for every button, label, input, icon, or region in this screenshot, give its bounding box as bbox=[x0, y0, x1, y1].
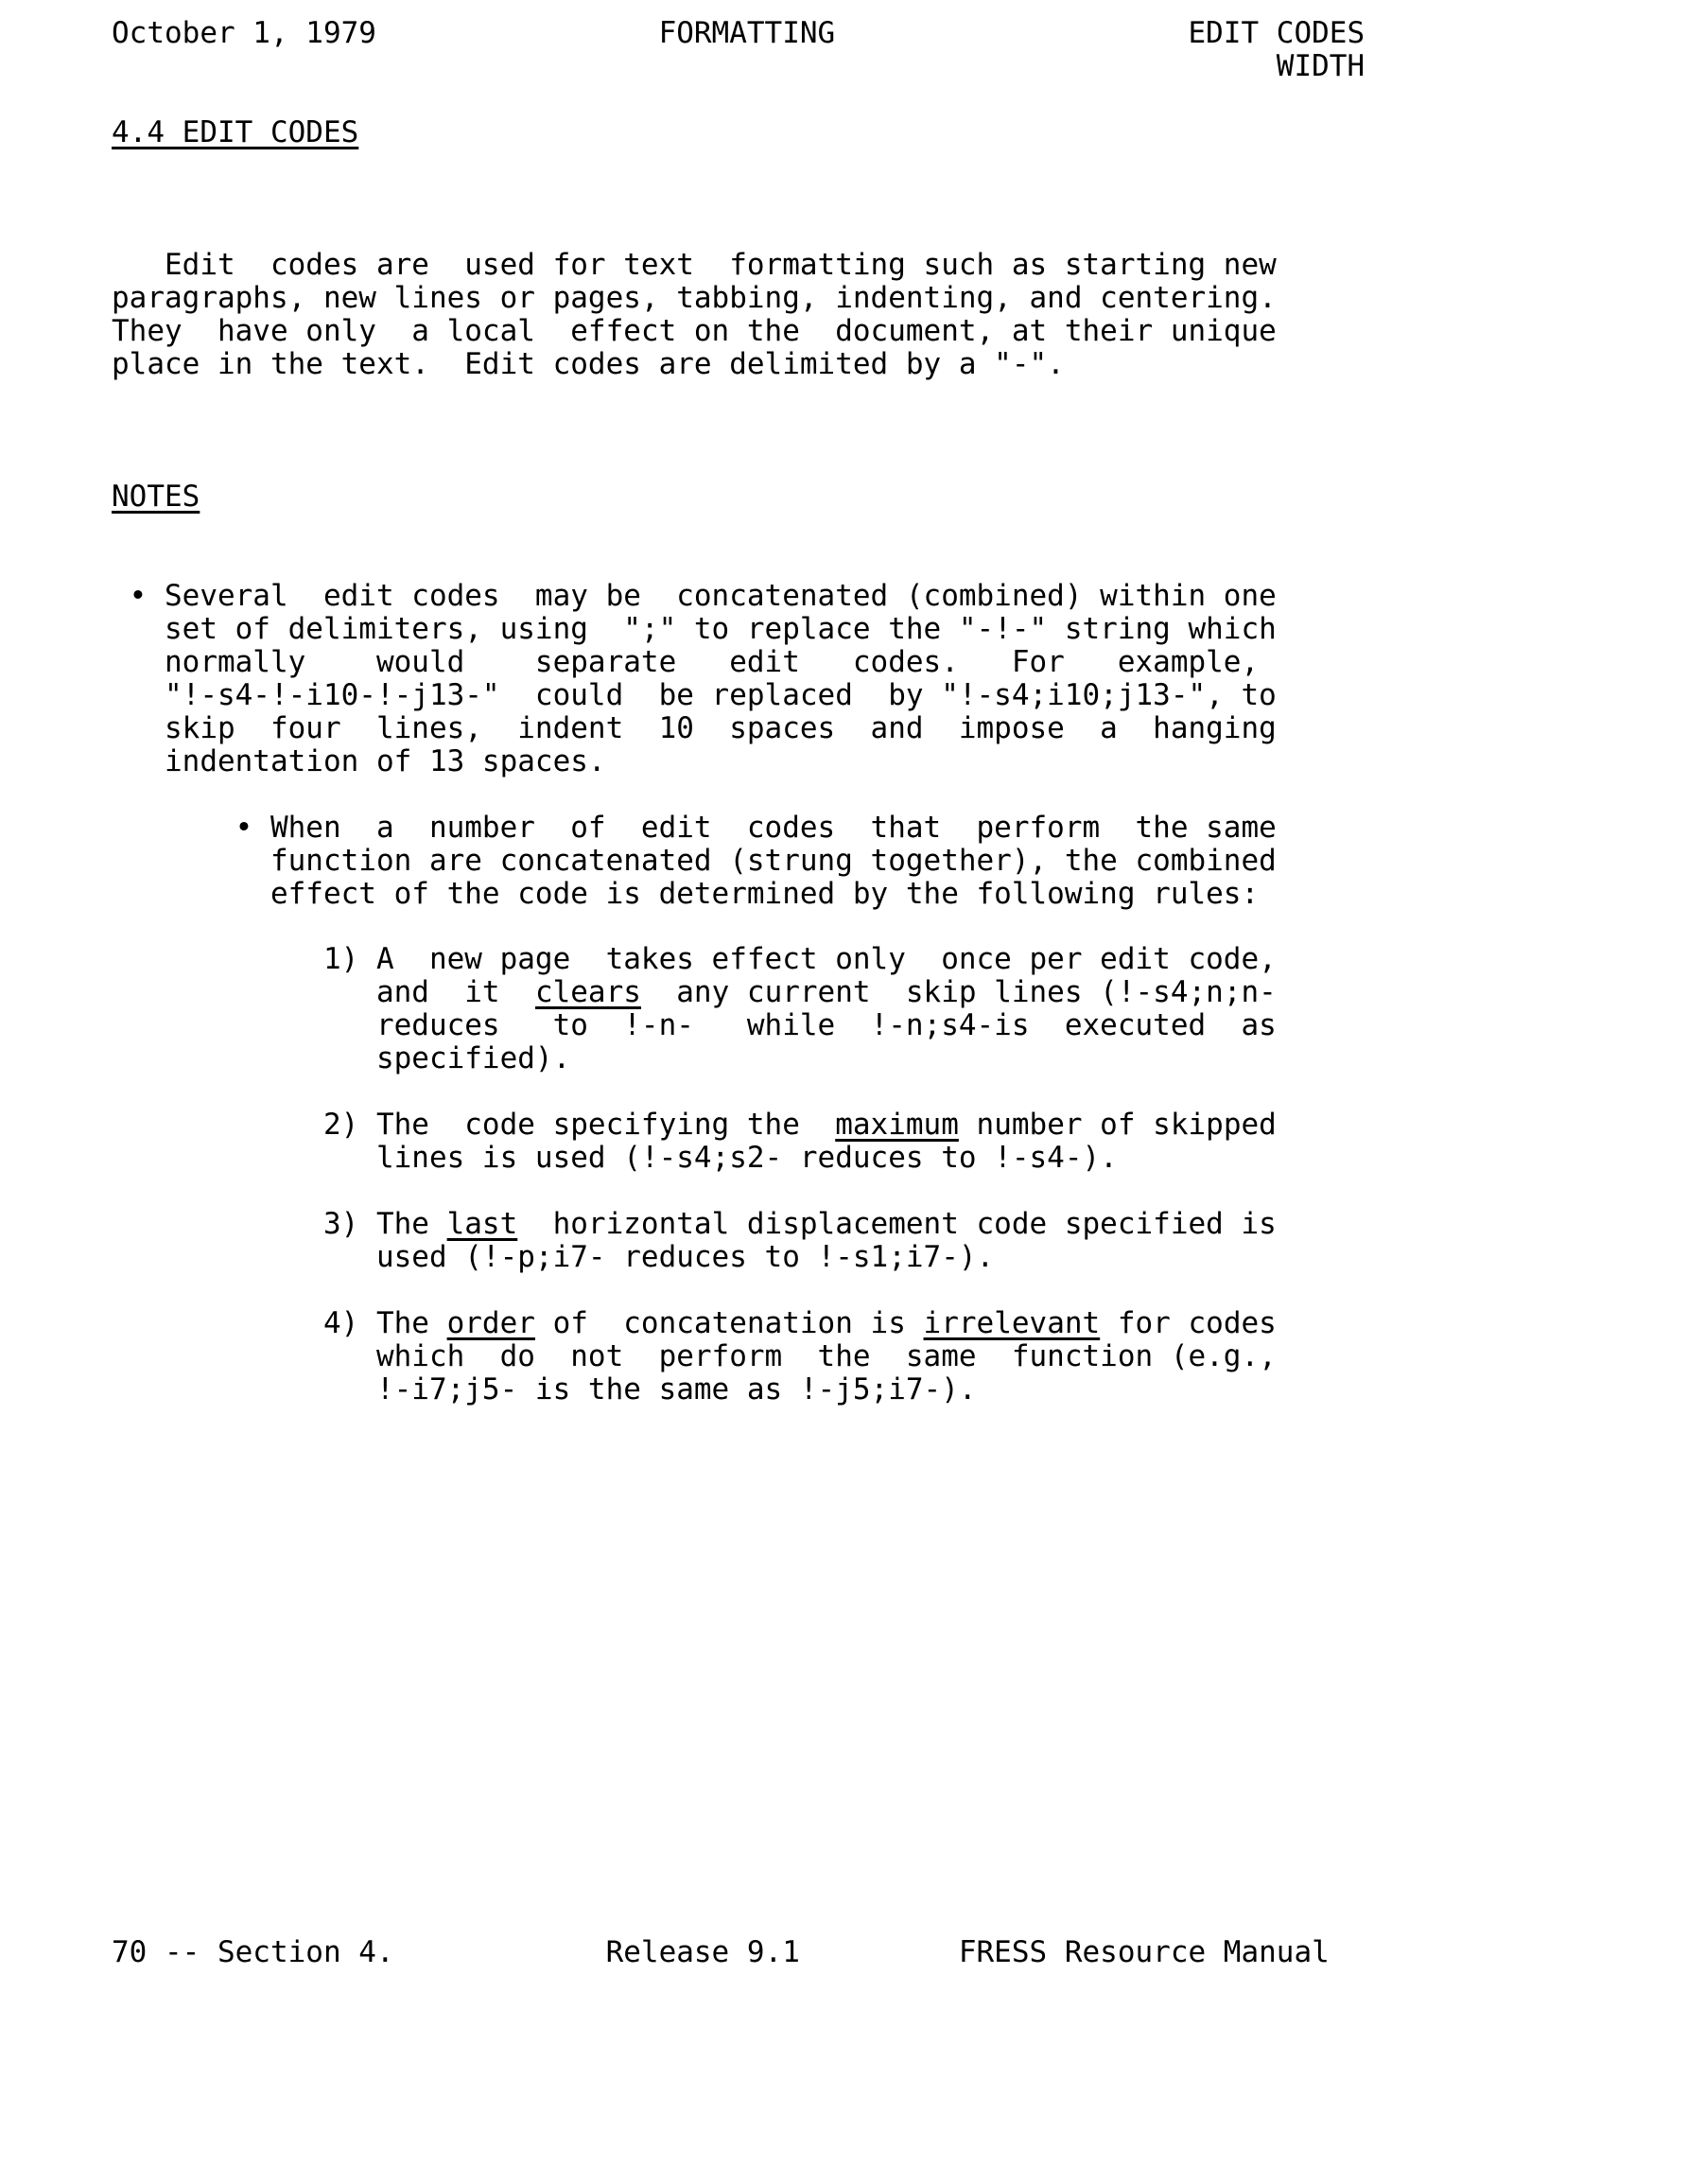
rule4-line-3: !-i7;j5- is the same as !-j5;i7-). bbox=[112, 1373, 977, 1406]
rule4-line-1: 4) The order of concatenation is irrelev… bbox=[112, 1307, 1277, 1340]
note-bullet1-line-4: "!-s4-!-i10-!-j13-" could be replaced by… bbox=[112, 679, 1277, 712]
underlined-word: maximum bbox=[835, 1108, 959, 1142]
underlined-word: order bbox=[447, 1306, 535, 1340]
note-bullet2-line-3: effect of the code is determined by the … bbox=[112, 878, 1259, 911]
page-footer: 70 -- Section 4. Release 9.1 FRESS Resou… bbox=[112, 1936, 1330, 1969]
page-header-line-2: WIDTH bbox=[112, 50, 1365, 83]
rule2-line-1: 2) The code specifying the maximum numbe… bbox=[112, 1109, 1277, 1142]
rule4-line-1-pre: 4) The bbox=[112, 1306, 447, 1340]
note-bullet1-line-5: skip four lines, indent 10 spaces and im… bbox=[112, 712, 1277, 745]
intro-line-4: place in the text. Edit codes are delimi… bbox=[112, 348, 1065, 381]
rule1-line-4: specified). bbox=[112, 1042, 570, 1075]
document-page: October 1, 1979 FORMATTING EDIT CODES WI… bbox=[0, 0, 1687, 2184]
intro-line-3: They have only a local effect on the doc… bbox=[112, 315, 1277, 348]
rule4-line-2: which do not perform the same function (… bbox=[112, 1340, 1277, 1373]
page-header-line-1: October 1, 1979 FORMATTING EDIT CODES bbox=[112, 17, 1365, 50]
note-bullet1-line-6: indentation of 13 spaces. bbox=[112, 745, 606, 778]
section-heading-text: 4.4 EDIT CODES bbox=[112, 115, 358, 149]
rule4-line-1-mid: of concatenation is bbox=[535, 1306, 924, 1340]
section-heading: 4.4 EDIT CODES bbox=[112, 116, 358, 149]
rule1-line-1: 1) A new page takes effect only once per… bbox=[112, 943, 1277, 976]
note-bullet1-line-1: • Several edit codes may be concatenated… bbox=[112, 580, 1277, 613]
rule2-line-2: lines is used (!-s4;s2- reduces to !-s4-… bbox=[112, 1142, 1118, 1175]
note-bullet1-line-3: normally would separate edit codes. For … bbox=[112, 646, 1259, 679]
underlined-word: last bbox=[447, 1207, 518, 1241]
underlined-word: clears bbox=[535, 975, 641, 1009]
rule2-line-1-post: number of skipped bbox=[959, 1108, 1277, 1142]
notes-heading-text: NOTES bbox=[112, 480, 200, 514]
rule3-line-2: used (!-p;i7- reduces to !-s1;i7-). bbox=[112, 1241, 994, 1274]
underlined-word: irrelevant bbox=[924, 1306, 1101, 1340]
note-bullet2-line-2: function are concatenated (strung togeth… bbox=[112, 845, 1277, 878]
rule1-line-2: and it clears any current skip lines (!-… bbox=[112, 976, 1277, 1009]
rule3-line-1: 3) The last horizontal displacement code… bbox=[112, 1208, 1277, 1241]
rule1-line-2-pre: and it bbox=[112, 975, 535, 1009]
rule3-line-1-pre: 3) The bbox=[112, 1207, 447, 1241]
rule4-line-1-post: for codes bbox=[1100, 1306, 1277, 1340]
intro-line-2: paragraphs, new lines or pages, tabbing,… bbox=[112, 282, 1277, 315]
rule1-line-3: reduces to !-n- while !-n;s4-is executed… bbox=[112, 1009, 1277, 1042]
rule2-line-1-pre: 2) The code specifying the bbox=[112, 1108, 835, 1142]
rule3-line-1-post: horizontal displacement code specified i… bbox=[517, 1207, 1277, 1241]
rule1-line-2-post: any current skip lines (!-s4;n;n- bbox=[641, 975, 1277, 1009]
note-bullet1-line-2: set of delimiters, using ";" to replace … bbox=[112, 613, 1277, 646]
note-bullet2-line-1: • When a number of edit codes that perfo… bbox=[112, 812, 1277, 845]
intro-line-1: Edit codes are used for text formatting … bbox=[112, 249, 1277, 282]
notes-heading: NOTES bbox=[112, 480, 200, 514]
